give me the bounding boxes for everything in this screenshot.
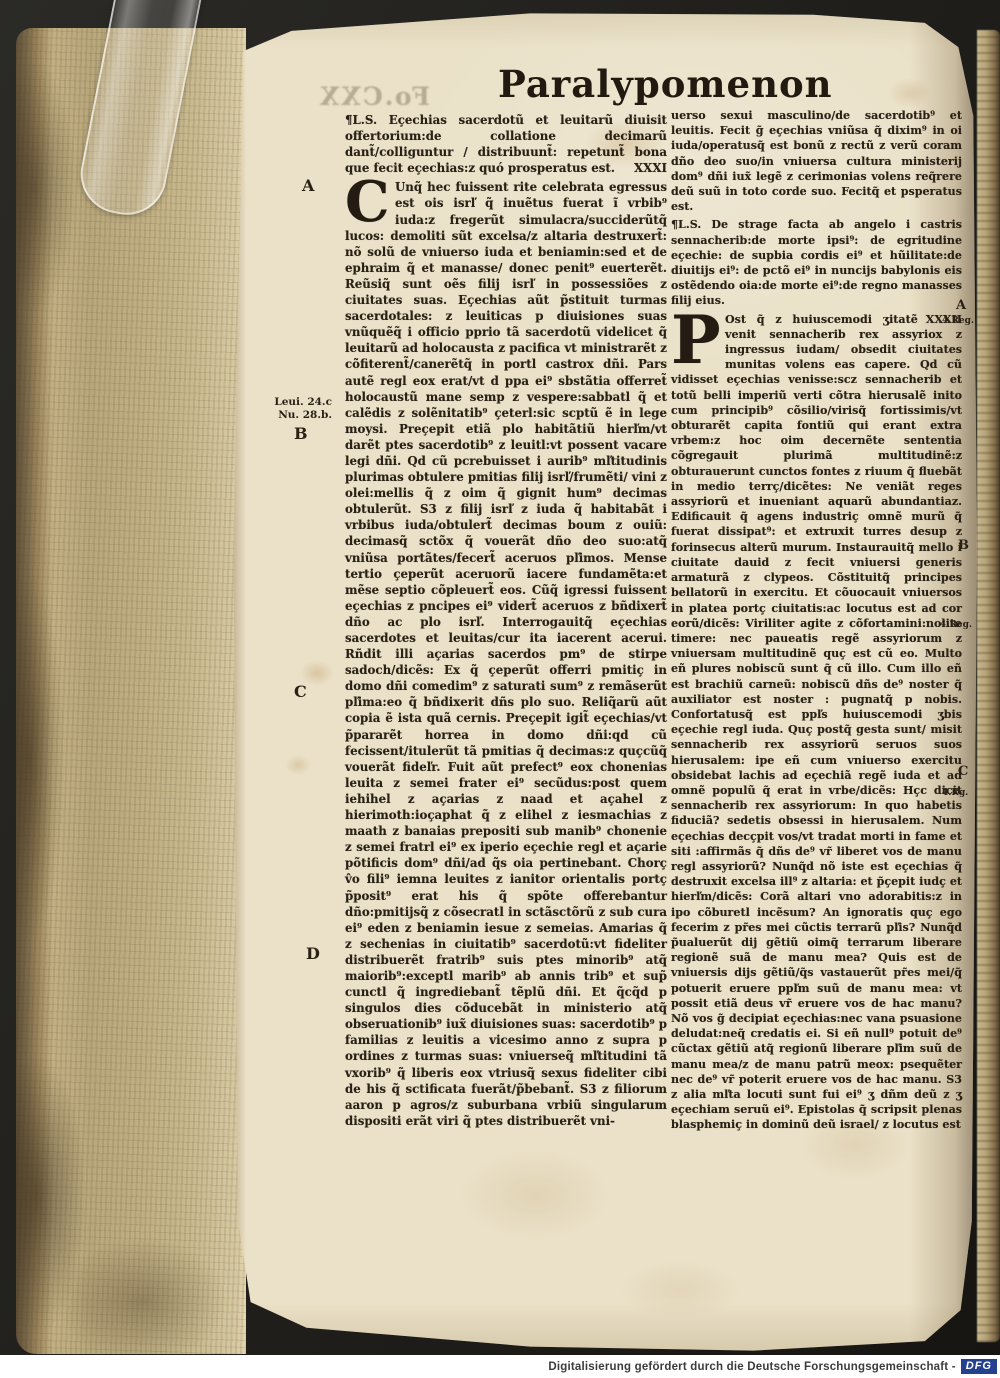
- book-fore-edge-stack: [16, 28, 246, 1354]
- text-column-right: uerso sexui masculino/de sacerdotib⁹ et …: [671, 108, 962, 1133]
- scripture-ref-leviticus: Leui. 24.c: [270, 396, 332, 409]
- scripture-ref-4regum: 4.Reg.: [942, 316, 974, 326]
- chapter-32-summary: ¶L.S. De strage facta ab angelo i castri…: [671, 217, 962, 308]
- margin-letter-b: B: [294, 424, 308, 443]
- chapter-31-summary: ¶L.S. Eçechias sacerdotũ et leuitarũ diu…: [345, 112, 667, 176]
- running-title: Paralypomenon: [498, 62, 832, 106]
- folio-showthrough-text: Fo.CXX: [318, 82, 430, 111]
- scripture-ref-numbers: Nu. 28.b.: [270, 409, 332, 422]
- margin-letter-c: C: [294, 682, 307, 701]
- drop-cap-initial: C: [345, 179, 395, 226]
- margin-letter-d: D: [306, 944, 320, 963]
- scripture-ref-4regum: 4.Reg.: [940, 620, 972, 630]
- margin-letter-a-right: A: [956, 298, 966, 313]
- margin-letter-c-right: C: [958, 764, 968, 779]
- drop-cap-initial: P: [671, 312, 725, 369]
- chapter-31-body: C Unq̃ hec fuissent rite celebrata egres…: [345, 179, 667, 1129]
- scripture-ref-4regum: 4.Rg.: [942, 788, 968, 798]
- dfg-logo: DFG: [961, 1359, 997, 1374]
- next-page-gutter-sliver: [977, 30, 1000, 1342]
- text-column-left: ¶L.S. Eçechias sacerdotũ et leuitarũ diu…: [345, 112, 667, 1129]
- digitization-footer: Digitalisierung gefördert durch die Deut…: [0, 1355, 1000, 1378]
- chapter-32-body-text: Ost q̃ z huiuscemodi ʒitatẽ venit sennac…: [671, 313, 962, 1132]
- continuation-text: uerso sexui masculino/de sacerdotib⁹ et …: [671, 109, 962, 213]
- margin-letter-a: A: [302, 176, 314, 195]
- book-photo-background: Fo.CXX Paralypomenon ¶L.S. Eçechias sace…: [0, 0, 1000, 1355]
- chapter-31-body-text: Unq̃ hec fuissent rite celebrata egressu…: [345, 180, 667, 1127]
- chapter-32-body: XXXII P Ost q̃ z huiuscemodi ʒitatẽ veni…: [671, 312, 962, 1133]
- summary-31-text: ¶L.S. Eçechias sacerdotũ et leuitarũ diu…: [345, 113, 667, 175]
- summary-32-text: ¶L.S. De strage facta ab angelo i castri…: [671, 218, 962, 307]
- chapter-31-continuation: uerso sexui masculino/de sacerdotib⁹ et …: [671, 108, 962, 214]
- digitization-credit-text: Digitalisierung gefördert durch die Deut…: [548, 1361, 955, 1373]
- fore-edge-leather-mottle: [16, 28, 246, 1354]
- chapter-31-number: XXXI: [634, 160, 667, 176]
- margin-letter-b-right: B: [958, 538, 969, 553]
